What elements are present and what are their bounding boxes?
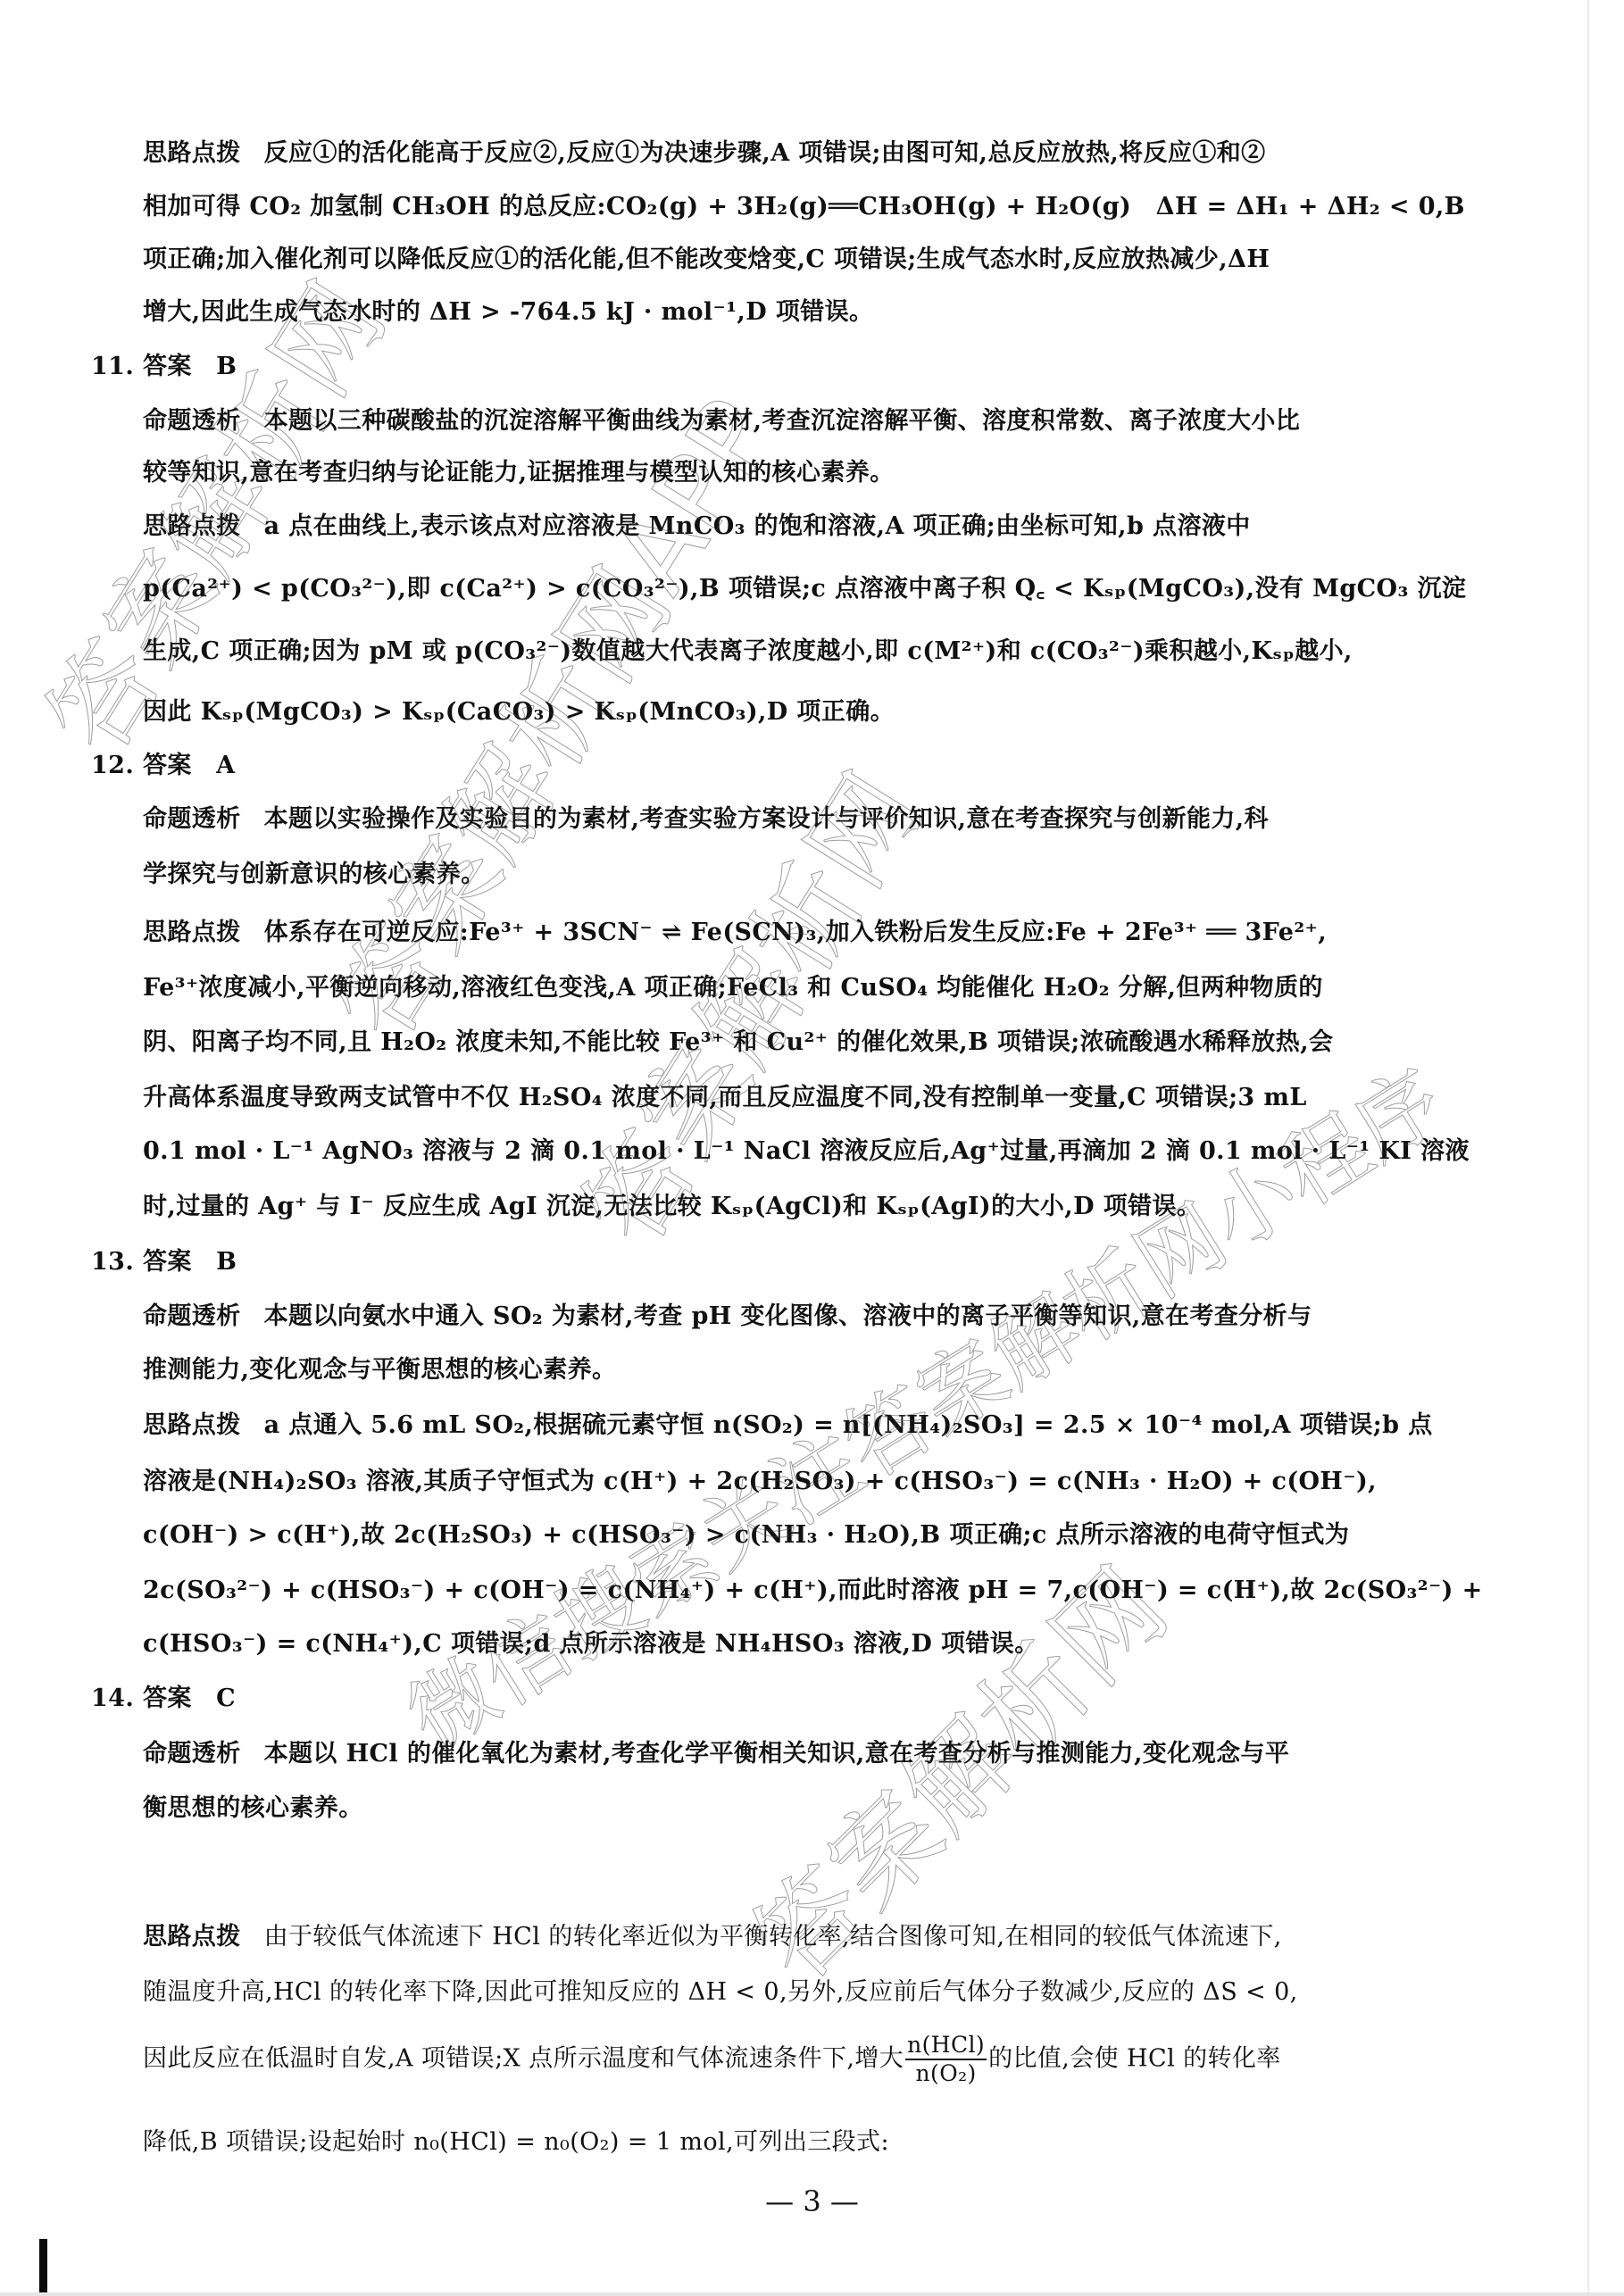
q12-answer-heading: 12. 答案 A <box>91 748 1412 784</box>
q10-hint-line-4: 增大,因此生成气态水时的 ΔH > -764.5 kJ · mol⁻¹,D 项错… <box>143 295 1464 330</box>
q10-hint-line-2: 相加可得 CO₂ 加氢制 CH₃OH 的总反应:CO₂(g) + 3H₂(g)═… <box>143 189 1464 225</box>
q13-intent-line-1: 命题透析本题以向氨水中通入 SO₂ 为素材,考查 pH 变化图像、溶液中的离子平… <box>143 1299 1464 1335</box>
q12-hint-line-3: 阴、阳离子均不同,且 H₂O₂ 浓度未知,不能比较 Fe³⁺ 和 Cu²⁺ 的催… <box>143 1025 1464 1061</box>
q11-hint-line-3: 生成,C 项正确;因为 pM 或 p(CO₃²⁻)数值越大代表离子浓度越小,即 … <box>143 634 1464 670</box>
hint-label: 思路点拨 <box>143 919 241 946</box>
hint-label: 思路点拨 <box>143 1411 241 1439</box>
q14-hint-line-2: 随温度升高,HCl 的转化率下降,因此可推知反应的 ΔH < 0,另外,反应前后… <box>143 1975 1464 2010</box>
q12-hint-line-5: 0.1 mol · L⁻¹ AgNO₃ 溶液与 2 滴 0.1 mol · L⁻… <box>143 1134 1464 1169</box>
q10-hint-line-1: 思路点拨反应①的活化能高于反应②,反应①为决速步骤,A 项错误;由图可知,总反应… <box>143 136 1464 171</box>
q14-hint-line-4: 降低,B 项错误;设起始时 n₀(HCl) = n₀(O₂) = 1 mol,可… <box>143 2125 1464 2160</box>
q12-hint-line-1: 思路点拨体系存在可逆反应:Fe³⁺ + 3SCN⁻ ⇌ Fe(SCN)₃,加入铁… <box>143 915 1464 951</box>
intent-label: 命题透析 <box>143 407 241 435</box>
intent-label: 命题透析 <box>143 1740 241 1768</box>
q12-hint-line-4: 升高体系温度导致两支试管中不仅 H₂SO₄ 浓度不同,而且反应温度不同,没有控制… <box>143 1080 1464 1116</box>
scan-edge-rule <box>1587 0 1589 2296</box>
q11-answer-heading: 11. 答案 B <box>91 349 1412 385</box>
q13-hint-line-2: 溶液是(NH₄)₂SO₃ 溶液,其质子守恒式为 c(H⁺) + 2c(H₂SO₃… <box>143 1464 1464 1500</box>
q13-hint-line-1: 思路点拨a 点通入 5.6 mL SO₂,根据硫元素守恒 n(SO₂) = n[… <box>143 1408 1464 1443</box>
q13-hint-line-5: c(HSO₃⁻) = c(NH₄⁺),C 项错误;d 点所示溶液是 NH₄HSO… <box>143 1626 1464 1662</box>
q14-hint-line-3: 因此反应在低温时自发,A 项错误;X 点所示温度和气体流速条件下,增大n(HCl… <box>143 2032 1464 2087</box>
q11-hint-line-4: 因此 Kₛₚ(MgCO₃) > Kₛₚ(CaCO₃) > Kₛₚ(MnCO₃),… <box>143 695 1464 730</box>
q13-hint-line-3: c(OH⁻) > c(H⁺),故 2c(H₂SO₃) + c(HSO₃⁻) > … <box>143 1518 1464 1553</box>
scan-bottom-edge <box>0 2292 1624 2296</box>
q12-intent-line-2: 学探究与创新意识的核心素养。 <box>143 857 1464 893</box>
q11-hint-line-1: 思路点拨a 点在曲线上,表示该点对应溶液是 MnCO₃ 的饱和溶液,A 项正确;… <box>143 509 1464 545</box>
document-page: 思路点拨反应①的活化能高于反应②,反应①为决速步骤,A 项错误;由图可知,总反应… <box>0 0 1624 2296</box>
intent-label: 命题透析 <box>143 805 241 833</box>
page-number: — 3 — <box>0 2184 1624 2218</box>
q12-intent-line-1: 命题透析本题以实验操作及实验目的为素材,考查实验方案设计与评价知识,意在考查探究… <box>143 802 1464 837</box>
hint-label: 思路点拨 <box>143 139 241 167</box>
intent-label: 命题透析 <box>143 1302 241 1330</box>
q10-hint-line-3: 项正确;加入催化剂可以降低反应①的活化能,但不能改变焓变,C 项错误;生成气态水… <box>143 242 1464 278</box>
scan-binding-mark <box>39 2239 47 2296</box>
hint-label: 思路点拨 <box>143 1923 241 1951</box>
q13-answer-heading: 13. 答案 B <box>91 1244 1412 1280</box>
q12-hint-line-2: Fe³⁺浓度减小,平衡逆向移动,溶液红色变浅,A 项正确;FeCl₃ 和 CuS… <box>143 970 1464 1006</box>
q11-intent-line-1: 命题透析本题以三种碳酸盐的沉淀溶解平衡曲线为素材,考查沉淀溶解平衡、溶度积常数、… <box>143 403 1464 439</box>
q14-intent-line-2: 衡思想的核心素养。 <box>143 1791 1464 1826</box>
ratio-fraction: n(HCl)n(O₂) <box>905 2032 987 2087</box>
q14-hint-line-1: 思路点拨由于较低气体流速下 HCl 的转化率近似为平衡转化率,结合图像可知,在相… <box>143 1919 1464 1955</box>
q13-intent-line-2: 推测能力,变化观念与平衡思想的核心素养。 <box>143 1352 1464 1388</box>
q12-hint-line-6: 时,过量的 Ag⁺ 与 I⁻ 反应生成 AgI 沉淀,无法比较 Kₛₚ(AgCl… <box>143 1189 1464 1225</box>
q11-hint-line-2: p(Ca²⁺) < p(CO₃²⁻),即 c(Ca²⁺) > c(CO₃²⁻),… <box>143 571 1464 607</box>
q11-intent-line-2: 较等知识,意在考查归纳与论证能力,证据推理与模型认知的核心素养。 <box>143 455 1464 491</box>
hint-label: 思路点拨 <box>143 512 241 540</box>
q14-answer-heading: 14. 答案 C <box>91 1681 1412 1717</box>
q14-intent-line-1: 命题透析本题以 HCl 的催化氧化为素材,考查化学平衡相关知识,意在考查分析与推… <box>143 1736 1464 1772</box>
q13-hint-line-4: 2c(SO₃²⁻) + c(HSO₃⁻) + c(OH⁻) = c(NH₄⁺) … <box>143 1573 1464 1609</box>
